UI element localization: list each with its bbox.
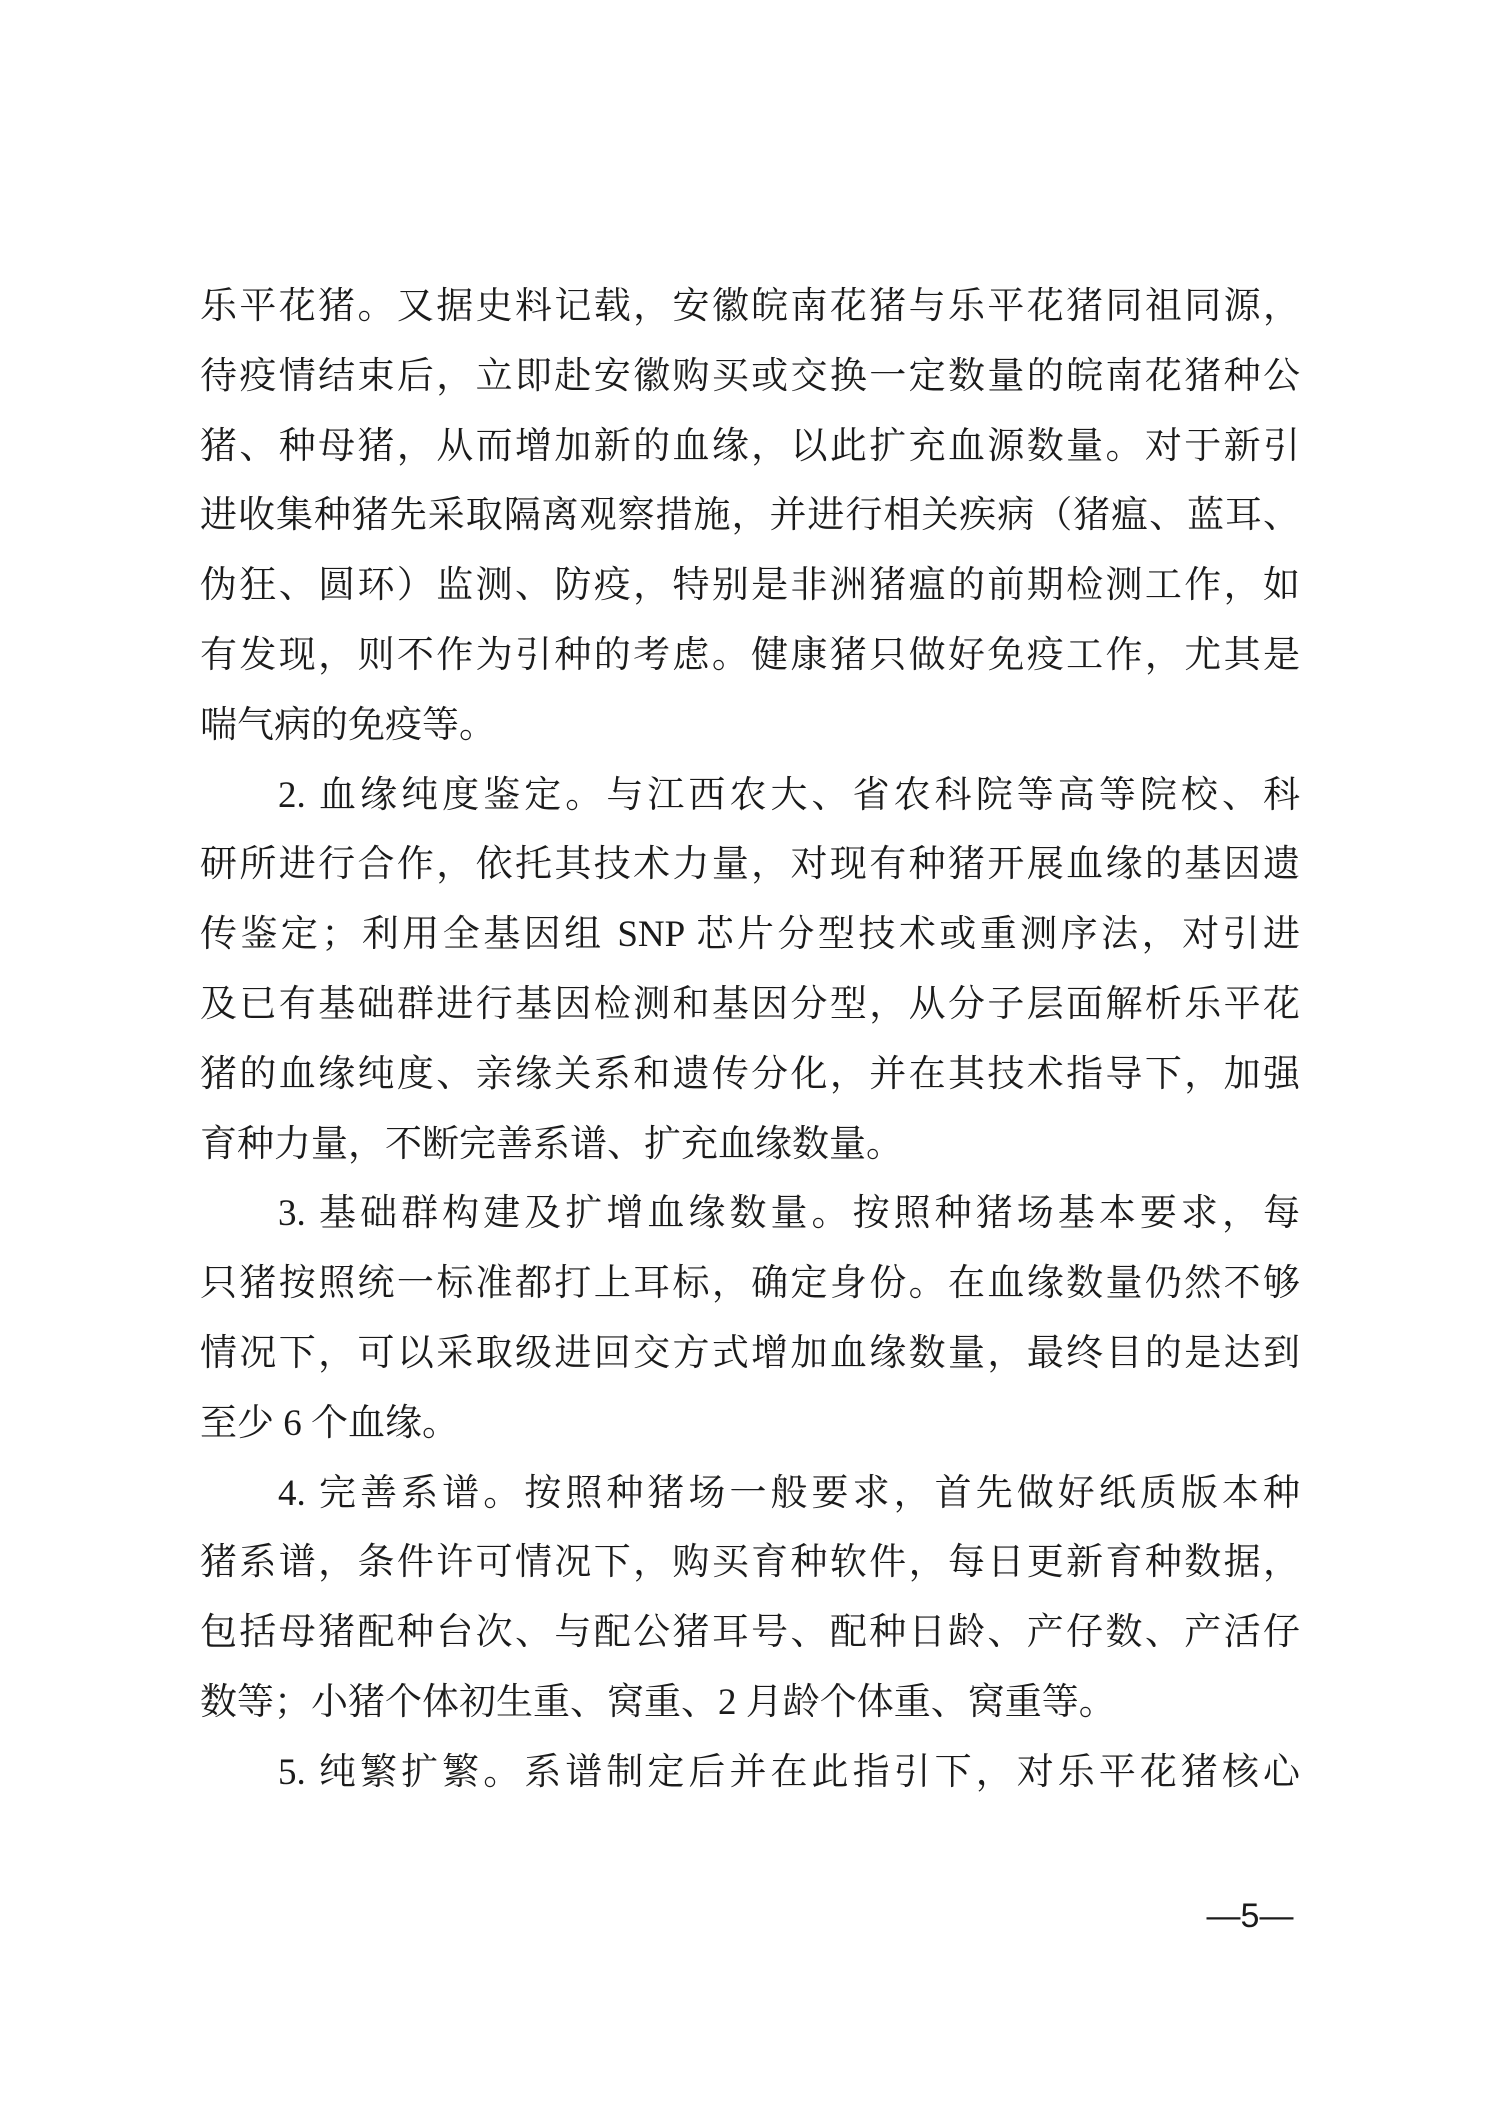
- text-line: 研所进行合作，依托其技术力量，对现有种猪开展血缘的基因遗: [200, 830, 1300, 900]
- text-line: 3. 基础群构建及扩增血缘数量。按照种猪场基本要求，每: [200, 1179, 1300, 1249]
- text-line: 情况下，可以采取级进回交方式增加血缘数量，最终目的是达到: [200, 1319, 1300, 1389]
- text-line: 猪的血缘纯度、亲缘关系和遗传分化，并在其技术指导下，加强: [200, 1040, 1300, 1110]
- text-line: 猪、种母猪，从而增加新的血缘，以此扩充血源数量。对于新引: [200, 412, 1300, 482]
- text-line: 4. 完善系谱。按照种猪场一般要求，首先做好纸质版本种: [200, 1459, 1300, 1529]
- text-line: 传鉴定；利用全基因组 SNP 芯片分型技术或重测序法，对引进: [200, 900, 1300, 970]
- text-line: 乐平花猪。又据史料记载，安徽皖南花猪与乐平花猪同祖同源，: [200, 272, 1300, 342]
- text-line: 喘气病的免疫等。: [200, 691, 1300, 761]
- document-page: 乐平花猪。又据史料记载，安徽皖南花猪与乐平花猪同祖同源，待疫情结束后，立即赴安徽…: [0, 0, 1488, 2104]
- text-line: 伪狂、圆环）监测、防疫，特别是非洲猪瘟的前期检测工作，如: [200, 551, 1300, 621]
- text-line: 只猪按照统一标准都打上耳标，确定身份。在血缘数量仍然不够: [200, 1249, 1300, 1319]
- text-line: 待疫情结束后，立即赴安徽购买或交换一定数量的皖南花猪种公: [200, 342, 1300, 412]
- text-line: 猪系谱，条件许可情况下，购买育种软件，每日更新育种数据，: [200, 1528, 1300, 1598]
- text-line: 数等；小猪个体初生重、窝重、2 月龄个体重、窝重等。: [200, 1668, 1300, 1738]
- text-line: 包括母猪配种台次、与配公猪耳号、配种日龄、产仔数、产活仔: [200, 1598, 1300, 1668]
- text-line: 进收集种猪先采取隔离观察措施，并进行相关疾病（猪瘟、蓝耳、: [200, 481, 1300, 551]
- text-line: 及已有基础群进行基因检测和基因分型，从分子层面解析乐平花: [200, 970, 1300, 1040]
- text-line: 至少 6 个血缘。: [200, 1389, 1300, 1459]
- text-line: 有发现，则不作为引种的考虑。健康猪只做好免疫工作，尤其是: [200, 621, 1300, 691]
- text-line: 育种力量，不断完善系谱、扩充血缘数量。: [200, 1110, 1300, 1180]
- text-block: 乐平花猪。又据史料记载，安徽皖南花猪与乐平花猪同祖同源，待疫情结束后，立即赴安徽…: [200, 272, 1300, 1808]
- text-line: 5. 纯繁扩繁。系谱制定后并在此指引下，对乐平花猪核心: [200, 1738, 1300, 1808]
- text-line: 2. 血缘纯度鉴定。与江西农大、省农科院等高等院校、科: [200, 761, 1300, 831]
- page-number: —5—: [1150, 1893, 1350, 1939]
